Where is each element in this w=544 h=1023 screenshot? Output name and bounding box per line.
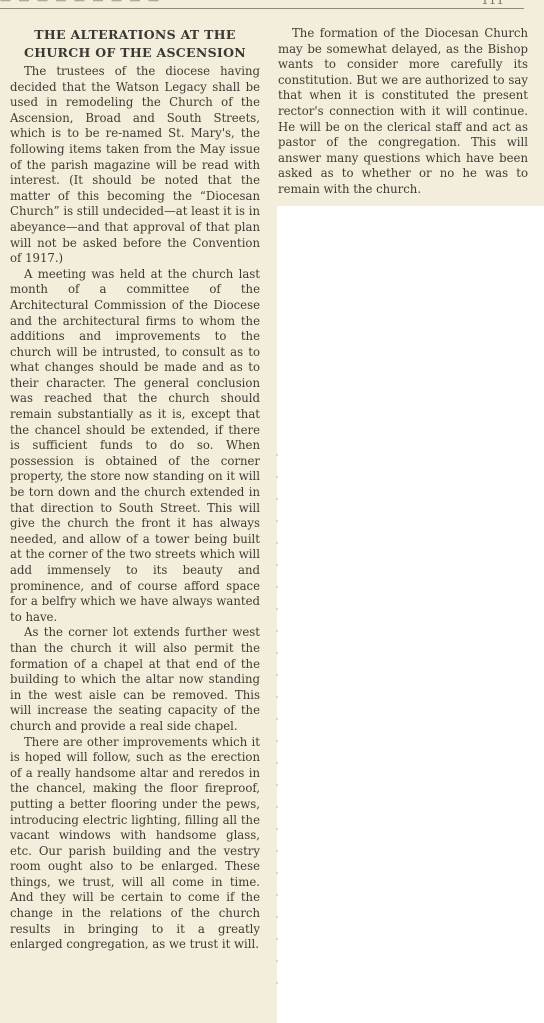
running-title: — — — — — — — — — [0,0,524,4]
header-rule: — — — — — — — — — 111 [0,0,524,9]
title-line-2: CHURCH OF THE ASCENSION [10,44,260,62]
bleed-through-marks [276,440,278,1000]
paragraph-meeting: A meeting was held at the church last mo… [10,267,260,626]
paragraph-improvements: There are other improvements which it is… [10,735,260,953]
paragraph-trustees: The trustees of the diocese having decid… [10,64,260,267]
title-line-1: THE ALTERATIONS AT THE [10,26,260,44]
page-number: 111 [481,0,504,7]
blank-scan-region [277,206,544,1023]
right-column: The formation of the Diocesan Church may… [278,26,528,198]
paragraph-diocesan-church: The formation of the Diocesan Church may… [278,26,528,198]
left-column: THE ALTERATIONS AT THE CHURCH OF THE ASC… [10,26,260,953]
article-title: THE ALTERATIONS AT THE CHURCH OF THE ASC… [10,26,260,62]
scanned-page: — — — — — — — — — 111 THE ALTERATIONS AT… [0,0,544,1023]
paragraph-corner-lot: As the corner lot extends further west t… [10,625,260,734]
